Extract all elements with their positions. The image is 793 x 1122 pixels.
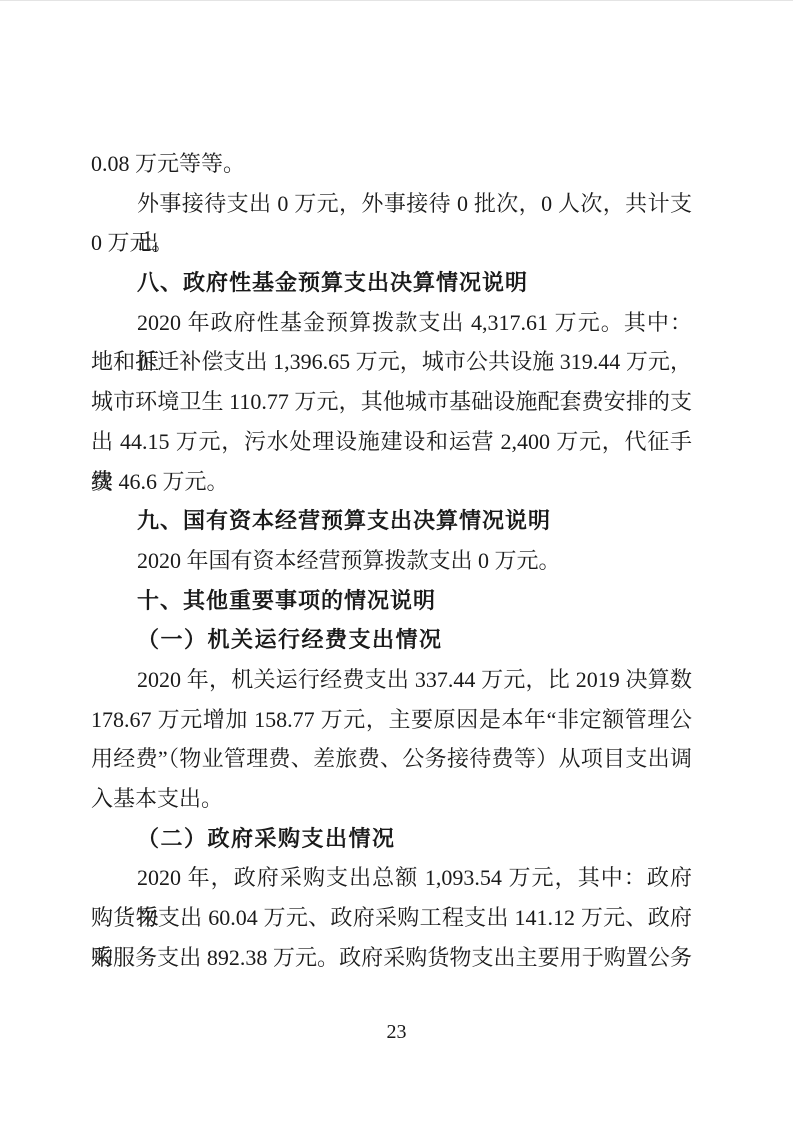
text-line: 费 46.6 万元。 (91, 462, 692, 502)
text-line: （一）机关运行经费支出情况 (91, 620, 692, 660)
text-line: 购服务支出 892.38 万元。政府采购货物支出主要用于购置公务 (91, 938, 692, 978)
text-line: 入基本支出。 (91, 779, 692, 819)
text-line: 九、国有资本经营预算支出决算情况说明 (91, 501, 692, 541)
page-number: 23 (0, 1020, 793, 1044)
text-line: 0.08 万元等等。 (91, 144, 692, 184)
document-page: 0.08 万元等等。外事接待支出 0 万元，外事接待 0 批次，0 人次，共计支… (0, 0, 793, 1122)
text-line: 地和拆迁补偿支出 1,396.65 万元，城市公共设施 319.44 万元， (91, 342, 692, 382)
text-line: 购货物支出 60.04 万元、政府采购工程支出 141.12 万元、政府采 (91, 898, 692, 938)
document-body: 0.08 万元等等。外事接待支出 0 万元，外事接待 0 批次，0 人次，共计支… (91, 144, 692, 977)
text-line: 0 万元。 (91, 223, 692, 263)
text-line: 2020 年，机关运行经费支出 337.44 万元，比 2019 决算数 (91, 660, 692, 700)
text-line: 八、政府性基金预算支出决算情况说明 (91, 263, 692, 303)
text-line: 2020 年政府性基金预算拨款支出 4,317.61 万元。其中：征 (91, 303, 692, 343)
text-line: 2020 年，政府采购支出总额 1,093.54 万元，其中：政府采 (91, 858, 692, 898)
text-line: 用经费”（物业管理费、差旅费、公务接待费等）从项目支出调 (91, 739, 692, 779)
text-line: 178.67 万元增加 158.77 万元，主要原因是本年“非定额管理公 (91, 700, 692, 740)
text-line: 2020 年国有资本经营预算拨款支出 0 万元。 (91, 541, 692, 581)
text-line: （二）政府采购支出情况 (91, 819, 692, 859)
text-line: 出 44.15 万元，污水处理设施建设和运营 2,400 万元，代征手续 (91, 422, 692, 462)
text-line: 十、其他重要事项的情况说明 (91, 581, 692, 621)
page-top-edge (0, 0, 793, 1)
text-line: 外事接待支出 0 万元，外事接待 0 批次，0 人次，共计支出 (91, 184, 692, 224)
text-line: 城市环境卫生 110.77 万元，其他城市基础设施配套费安排的支 (91, 382, 692, 422)
